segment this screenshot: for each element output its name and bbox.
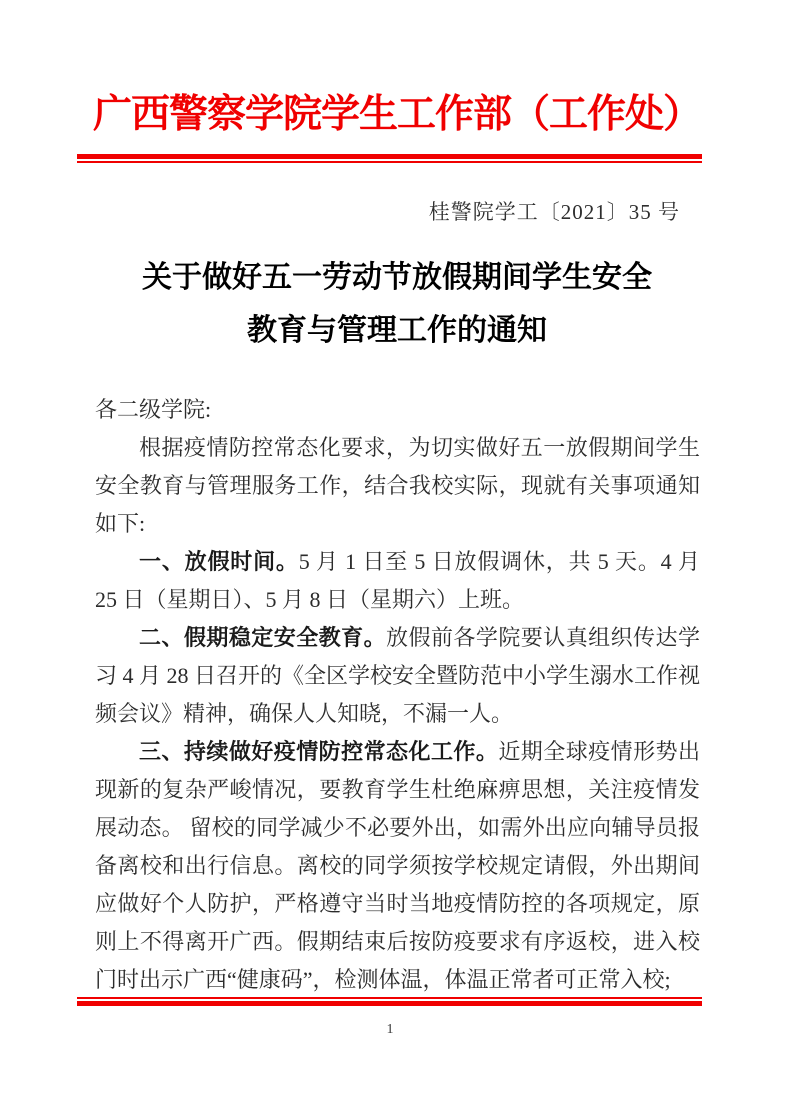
document-page: 广西警察学院学生工作部（工作处） 桂警院学工〔2021〕35 号 关于做好五一劳… [0,0,794,1108]
paragraph-intro: 根据疫情防控常态化要求，为切实做好五一放假期间学生安全教育与管理服务工作，结合我… [95,429,700,543]
paragraph-item-3-lead: 三、持续做好疫情防控常态化工作。 [139,739,498,764]
paragraph-item-1-lead: 一、放假时间。 [139,549,299,574]
paragraph-item-2-lead: 二、假期稳定安全教育。 [139,625,386,650]
document-title-line1: 关于做好五一劳动节放假期间学生安全 [0,251,794,304]
paragraph-item-2: 二、假期稳定安全教育。放假前各学院要认真组织传达学习 4 月 28 日召开的《全… [95,619,700,733]
document-number: 桂警院学工〔2021〕35 号 [0,197,794,227]
paragraph-item-3: 三、持续做好疫情防控常态化工作。近期全球疫情形势出现新的复杂严峻情况，要教育学生… [95,733,700,999]
footer-divider [77,997,702,1006]
divider-thin-line [77,161,702,163]
paragraph-intro-text: 根据疫情防控常态化要求，为切实做好五一放假期间学生安全教育与管理服务工作，结合我… [95,435,700,536]
letterhead-title: 广西警察学院学生工作部（工作处） [0,86,794,144]
document-body: 各二级学院: 根据疫情防控常态化要求，为切实做好五一放假期间学生安全教育与管理服… [95,391,700,999]
document-title-line2: 教育与管理工作的通知 [0,304,794,357]
letterhead-divider [77,154,702,163]
paragraph-item-1: 一、放假时间。5 月 1 日至 5 日放假调休，共 5 天。4 月 25 日（星… [95,543,700,619]
document-title: 关于做好五一劳动节放假期间学生安全 教育与管理工作的通知 [0,251,794,357]
paragraph-item-3-text: 近期全球疫情形势出现新的复杂严峻情况，要教育学生杜绝麻痹思想，关注疫情发展动态。… [95,739,700,992]
footer-divider-thick-line [77,1001,702,1006]
page-number: 1 [0,1021,780,1039]
salutation: 各二级学院: [95,391,700,429]
